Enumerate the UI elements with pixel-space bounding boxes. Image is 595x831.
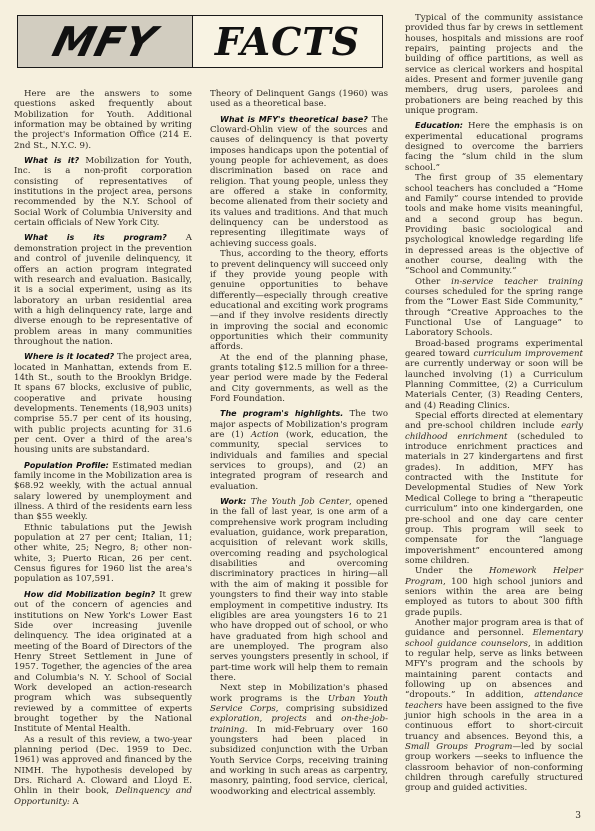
question-label: What is it? bbox=[24, 156, 79, 165]
question-label: Population Profile: bbox=[24, 461, 109, 470]
faq-how-begin: How did Mobilization begin? It grew out … bbox=[14, 590, 192, 735]
faq-theoretical-base: What is MFY's theoretical base? The Clow… bbox=[210, 115, 388, 249]
column-2: Theory of Delinquent Gangs (1960) was us… bbox=[210, 89, 388, 797]
grants-paragraph: At the end of the planning phase, grants… bbox=[210, 353, 388, 405]
question-label: Where is it located? bbox=[24, 352, 114, 361]
mfy-facts-banner: MFY FACTS bbox=[17, 15, 383, 68]
facts-title: FACTS bbox=[215, 19, 360, 64]
early-childhood-paragraph: Special efforts directed at elementary a… bbox=[405, 411, 583, 566]
column-3: Typical of the community assistance prov… bbox=[405, 13, 583, 794]
faq-work: Work: The Youth Job Center, opened in th… bbox=[210, 497, 388, 683]
question-label: The program's highlights. bbox=[220, 409, 343, 418]
service-corps-paragraph: Next step in Mobilization's phased work … bbox=[210, 683, 388, 797]
guidance-paragraph: Another major program area is that of gu… bbox=[405, 618, 583, 794]
theory-paragraph: Thus, according to the theory, efforts t… bbox=[210, 249, 388, 352]
curriculum-paragraph: Broad-based programs experimental geared… bbox=[405, 339, 583, 411]
community-assistance-paragraph: Typical of the community assistance prov… bbox=[405, 13, 583, 116]
intro-paragraph: Here are the answers to some questions a… bbox=[14, 89, 192, 151]
faq-what-is-its-program: What is its program? A demonstration pro… bbox=[14, 233, 192, 347]
faq-where-located: Where is it located? The project area, l… bbox=[14, 352, 192, 455]
teachers-paragraph: The first group of 35 elementary school … bbox=[405, 173, 583, 276]
continued-paragraph: Theory of Delinquent Gangs (1960) was us… bbox=[210, 89, 388, 110]
faq-program-highlights: The program's highlights. The two major … bbox=[210, 409, 388, 492]
page-number: 3 bbox=[575, 811, 581, 821]
mfy-logo: MFY bbox=[48, 18, 161, 66]
question-label: Work: bbox=[220, 497, 246, 506]
faq-what-is-it: What is it? Mobilization for Youth, Inc.… bbox=[14, 156, 192, 228]
review-paragraph: As a result of this review, a two-year p… bbox=[14, 735, 192, 807]
banner-logo-panel: MFY bbox=[18, 16, 193, 67]
faq-population-profile: Population Profile: Estimated median fam… bbox=[14, 461, 192, 523]
in-service-paragraph: Other in-service teacher training course… bbox=[405, 277, 583, 339]
question-label: What is MFY's theoretical base? bbox=[220, 115, 368, 124]
question-label: Education: bbox=[415, 121, 463, 130]
question-label: What is its program? bbox=[24, 233, 167, 242]
homework-helper-paragraph: Under the Homework Helper Program, 100 h… bbox=[405, 566, 583, 618]
column-1: Here are the answers to some questions a… bbox=[14, 89, 192, 807]
faq-education: Education: Here the emphasis is on exper… bbox=[405, 121, 583, 173]
question-label: How did Mobilization begin? bbox=[24, 590, 155, 599]
banner-title-panel: FACTS bbox=[193, 16, 382, 67]
ethnic-paragraph: Ethnic tabulations put the Jewish popula… bbox=[14, 523, 192, 585]
